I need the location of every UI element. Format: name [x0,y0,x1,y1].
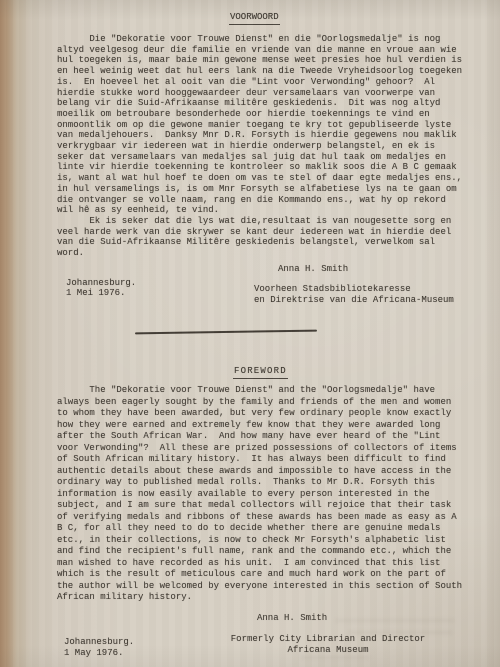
scanned-book-page: VOORWOORD Die "Dekoratie voor Trouwe Die… [0,0,500,667]
voorwoord-body-text: Die "Dekoratie voor Trouwe Dienst" en di… [57,34,462,259]
section-divider [135,330,317,335]
foreword-heading: FOREWORD [233,367,288,379]
voorwoord-heading: VOORWOORD [229,13,280,25]
voorwoord-place: Johannesburg. [66,278,136,288]
foreword-place: Johannesburg. [64,637,134,647]
foreword-date: 1 May 1976. [64,648,123,658]
voorwoord-signature-title: Voorheen Stadsbibliotekaresse en Direktr… [254,284,454,306]
foreword-signature-name: Anna H. Smith [257,613,327,623]
foreword-body-text: The "Dekoratie voor Trouwe Dienst" and t… [57,385,462,604]
voorwoord-signature-name: Anna H. Smith [278,264,348,274]
foreword-signature-title: Formerly City Librarian and Director Afr… [228,634,428,656]
voorwoord-date: 1 Mei 1976. [66,288,125,298]
bleed-through-mark [335,618,455,623]
